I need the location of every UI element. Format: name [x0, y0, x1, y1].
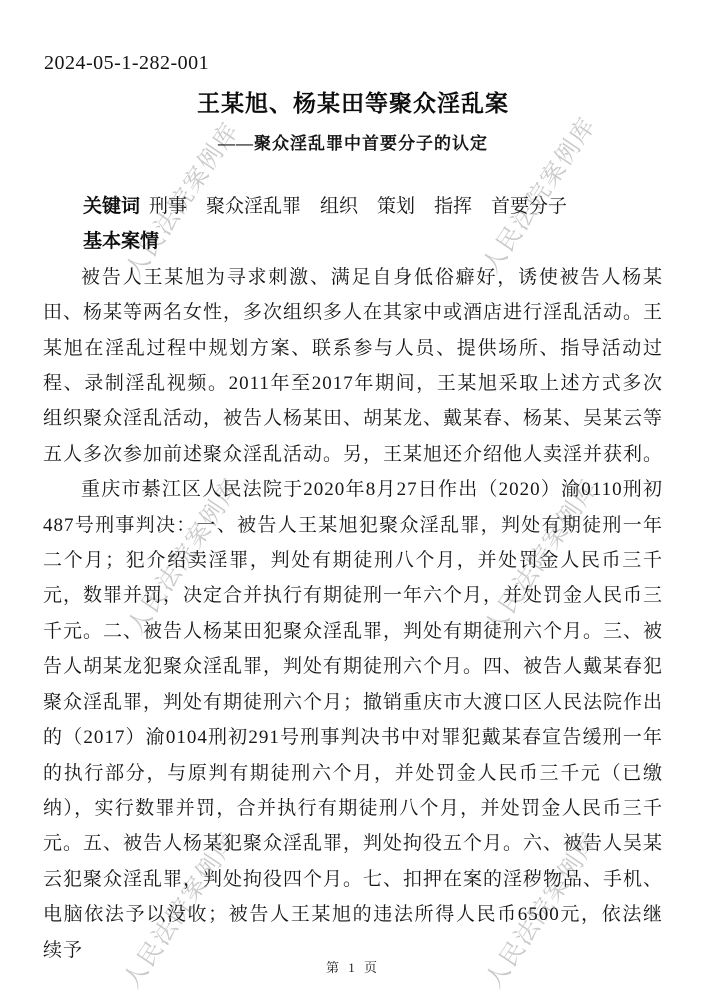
facts-paragraph: 被告人王某旭为寻求刺激、满足自身低俗癖好，诱使被告人杨某田、杨某等两名女性，多次… — [43, 260, 663, 472]
keywords-label: 关键词 — [83, 196, 140, 217]
case-title: 王某旭、杨某田等聚众淫乱案 — [0, 85, 706, 118]
case-number: 2024-05-1-282-001 — [44, 52, 209, 75]
judgment-paragraph: 重庆市綦江区人民法院于2020年8月27日作出（2020）渝0110刑初487号… — [43, 472, 663, 968]
document-body: 关键词刑事 聚众淫乱罪 组织 策划 指挥 首要分子 基本案情 被告人王某旭为寻求… — [43, 189, 663, 968]
document-page: 人民法院案例库 人民法院案例库 人民法院案例库 人民法院案例库 人民法院案例库 … — [0, 0, 706, 999]
keywords-list: 刑事 聚众淫乱罪 组织 策划 指挥 首要分子 — [149, 196, 567, 217]
case-subtitle: ——聚众淫乱罪中首要分子的认定 — [0, 129, 706, 154]
page-number-footer: 第 1 页 — [0, 957, 706, 976]
keywords-line: 关键词刑事 聚众淫乱罪 组织 策划 指挥 首要分子 — [43, 189, 663, 224]
section-heading-basic-facts: 基本案情 — [43, 224, 663, 259]
